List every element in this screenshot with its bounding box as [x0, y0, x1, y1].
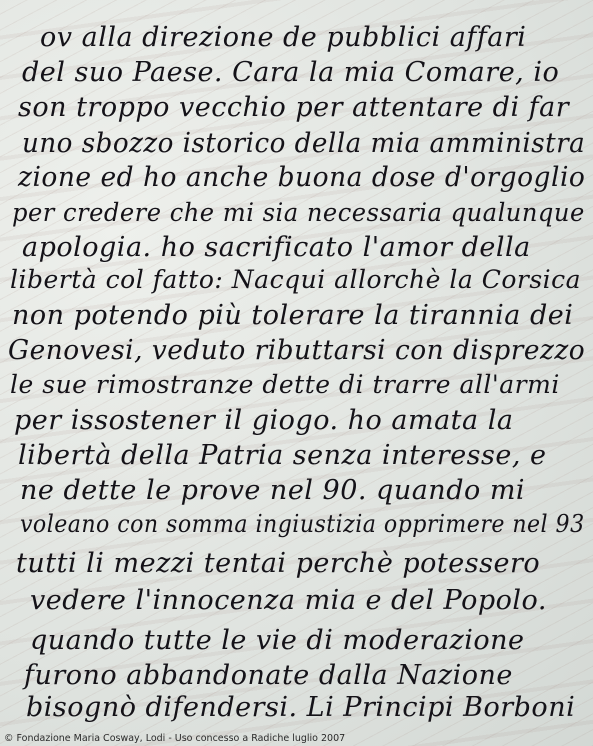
- manuscript-line-5: zione ed ho anche buona dose d'orgoglio: [18, 162, 585, 193]
- copyright-caption: © Fondazione Maria Cosway, Lodi - Uso co…: [4, 733, 345, 744]
- manuscript-line-19: furono abbandonate dalla Nazione: [24, 660, 513, 691]
- manuscript-line-8: libertà col fatto: Nacqui allorchè la Co…: [10, 265, 581, 294]
- manuscript-line-1: ov alla direzione de pubblici affari: [40, 22, 526, 53]
- manuscript-line-16: tutti li mezzi tentai perchè potessero: [16, 548, 540, 579]
- manuscript-line-13: libertà della Patria senza interesse, e: [18, 440, 547, 471]
- manuscript-line-4: uno sbozzo istorico della mia amministra: [22, 128, 585, 159]
- manuscript-line-2: del suo Paese. Cara la mia Comare, io: [22, 57, 559, 88]
- manuscript-line-20: bisognò difendersi. Li Principi Borboni: [26, 692, 575, 723]
- manuscript-page: ov alla direzione de pubblici affari del…: [0, 0, 593, 746]
- manuscript-line-10: Genovesi, veduto ributtarsi con disprezz…: [8, 335, 585, 366]
- manuscript-line-17: vedere l'innocenza mia e del Popolo.: [30, 585, 547, 616]
- manuscript-line-14: ne dette le prove nel 90. quando mi: [20, 475, 525, 506]
- manuscript-line-15: voleano con somma ingiustizia opprimere …: [20, 510, 585, 538]
- manuscript-line-18: quando tutte le vie di moderazione: [30, 625, 525, 656]
- manuscript-line-9: non potendo più tolerare la tirannia dei: [12, 300, 573, 331]
- manuscript-line-11: le sue rimostranze dette di trarre all'a…: [10, 370, 560, 399]
- manuscript-line-6: per credere che mi sia necessaria qualun…: [12, 198, 585, 227]
- manuscript-line-7: apologia. ho sacrificato l'amor della: [22, 232, 531, 263]
- manuscript-line-3: son troppo vecchio per attentare di far: [18, 92, 569, 123]
- manuscript-line-12: per issostener il giogo. ho amata la: [14, 405, 513, 436]
